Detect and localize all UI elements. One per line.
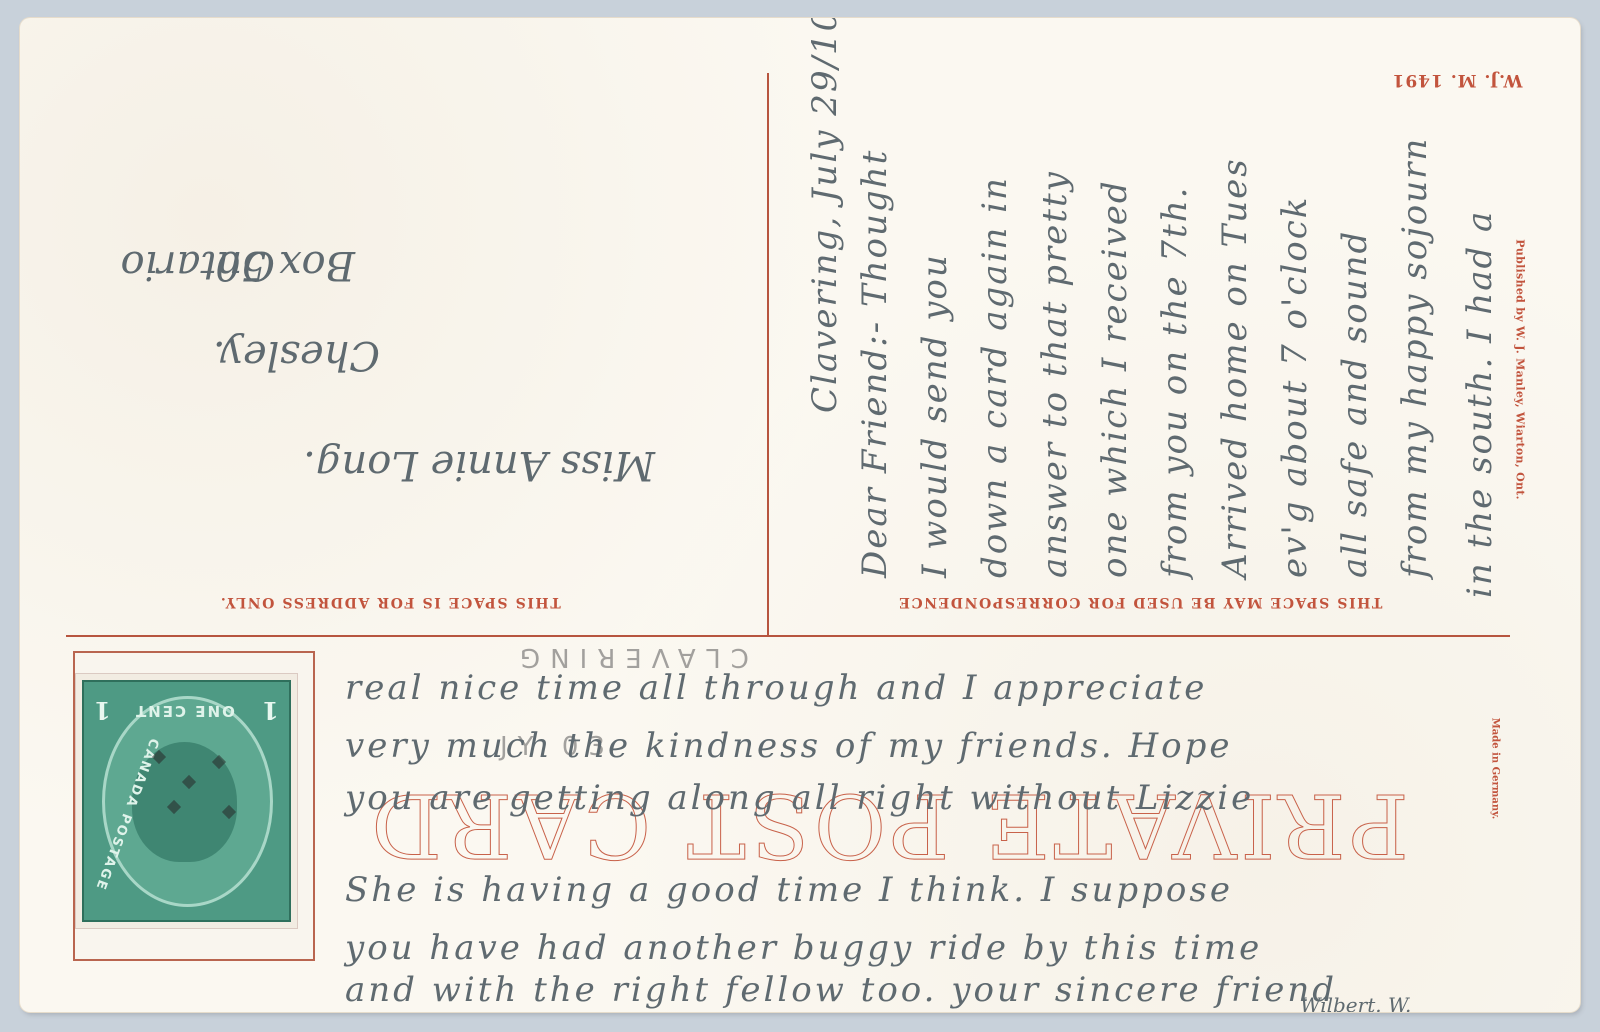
message-line: real nice time all through and I appreci… [345, 668, 1207, 708]
address-line-province: Ontario [121, 242, 275, 288]
correspondence-line: I would send you [915, 253, 955, 578]
postcard: W.J. M. 1491 Published by W. J. Manley, … [20, 18, 1580, 1012]
correspondence-line: from my happy sojourn [1395, 137, 1435, 578]
address-line-name: Miss Annie Long. [303, 442, 655, 488]
publisher-credit: Published by W. J. Manley, Wiarton, Ont. [1514, 170, 1527, 570]
correspondence-line: Clavering, July 29/10 [805, 18, 845, 413]
message-line: and with the right fellow too. your sinc… [345, 970, 1337, 1010]
stamp-numeral: 1 [262, 696, 279, 725]
correspondence-line: Arrived home on Tues [1215, 157, 1255, 578]
address-line-town: Chesley. [213, 332, 380, 378]
correspondence-line: ev'g about 7 o'clock [1275, 196, 1315, 578]
message-line: very much the kindness of my friends. Ho… [345, 726, 1233, 766]
made-in-label: Made in Germany. [1490, 694, 1501, 844]
stamp-denomination: ONE CENT [134, 702, 235, 720]
message-line: you are getting along all right without … [345, 778, 1254, 818]
series-code: W.J. M. 1491 [1342, 70, 1572, 90]
correspondence-line: one which I received [1095, 179, 1135, 578]
message-line: She is having a good time I think. I sup… [345, 870, 1233, 910]
correspondence-line: Dear Friend:- Thought [855, 149, 895, 578]
vertical-divider [767, 73, 769, 635]
stamp-numeral: 1 [94, 696, 111, 725]
signature: Wilbert. W. [1300, 993, 1411, 1012]
horizontal-divider [66, 635, 1510, 637]
correspondence-line: down a card again in [975, 176, 1015, 578]
postage-stamp: 1 1 ONE CENT CANADA POSTAGE [82, 680, 291, 922]
correspondence-line: answer to that pretty [1035, 170, 1075, 578]
correspondence-line: all safe and sound [1335, 230, 1375, 578]
address-space-label: THIS SPACE IS FOR ADDRESS ONLY. [130, 594, 650, 610]
message-line: you have had another buggy ride by this … [345, 928, 1262, 968]
correspondence-space-label: THIS SPACE MAY BE USED FOR CORRESPONDENC… [800, 594, 1480, 610]
correspondence-line: in the south. I had a [1460, 210, 1500, 598]
correspondence-line: from you on the 7th. [1155, 186, 1195, 578]
